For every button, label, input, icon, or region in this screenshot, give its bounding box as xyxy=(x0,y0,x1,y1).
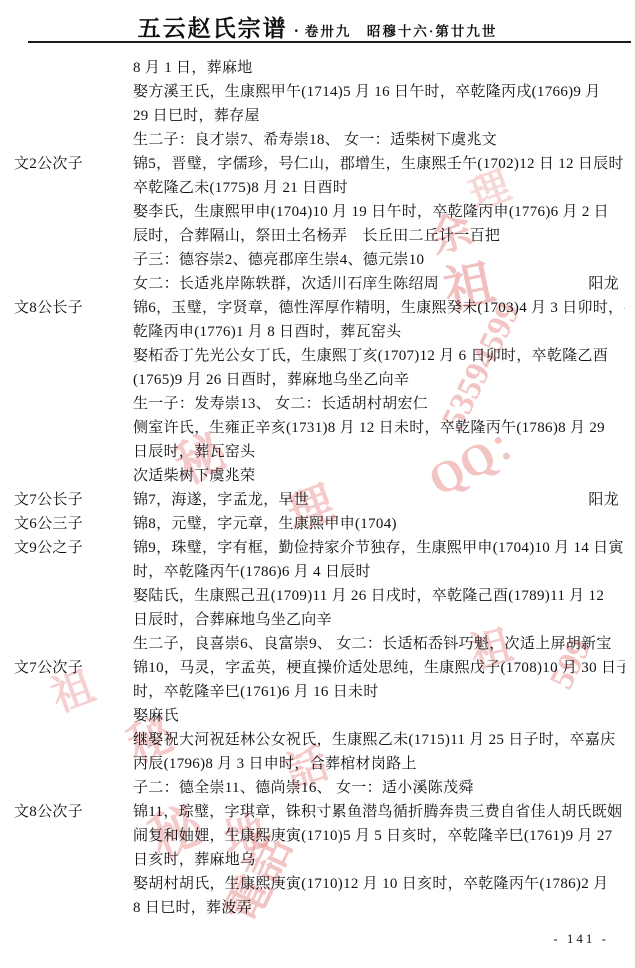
genealogy-line: 娶柘岙丁先光公女丁氏，生康熙丁亥(1707)12 月 6 日卯时，卒乾隆乙酉 xyxy=(0,344,635,368)
entry-text: 锦5，晋璧，字儒珍，号仁山，郡增生，生康熙壬午(1702)12 日 12 日辰时… xyxy=(133,152,625,176)
genealogy-line: 8 日巳时，葬波弄 xyxy=(0,896,635,920)
page-number: - 141 - xyxy=(553,931,609,947)
genealogy-line: 文2公次子 锦5，晋璧，字儒珍，号仁山，郡增生，生康熙壬午(1702)12 日 … xyxy=(0,152,635,176)
entry-text: 次适柴树下虞兆荣 xyxy=(133,464,625,488)
entry-text: 娶陆氏，生康熙己丑(1709)11 月 26 日戌时，卒乾隆己酉(1789)11… xyxy=(133,584,625,608)
entry-text: 娶李氏，生康熙甲申(1704)10 月 19 日午时，卒乾隆丙申(1776)6 … xyxy=(133,200,625,224)
entry-text: 锦8，元璧，字元章，生康熙甲申(1704) xyxy=(133,512,625,536)
genealogy-line: 丙辰(1796)8 月 3 日申时，合葬棺材岗路上 xyxy=(0,752,635,776)
generation-label: 文7公长子 xyxy=(14,488,83,512)
entry-text: 卒乾隆乙未(1775)8 月 21 日酉时 xyxy=(133,176,625,200)
genealogy-line: 生一子：发寿崇13、 女二：长适胡村胡宏仁 xyxy=(0,392,635,416)
generation-label: 文6公三子 xyxy=(14,512,83,536)
genealogy-line: 文8公次子 锦11，琮璧，字琪章，铢积寸累鱼潜鸟循折腾奔贵三费自省佳人胡氏既姻 xyxy=(0,800,635,824)
genealogy-line: (1765)9 月 26 日酉时，葬麻地乌坐乙向辛 xyxy=(0,368,635,392)
title-separator: · xyxy=(294,23,299,41)
genealogy-line: 乾隆丙申(1776)1 月 8 日酉时，葬瓦窑头 xyxy=(0,320,635,344)
entry-text: 子二：德全崇11、德尚崇16、 女一：适小溪陈茂舜 xyxy=(133,776,625,800)
genealogy-line: 时，卒乾隆辛巳(1761)6 月 16 日未时 xyxy=(0,680,635,704)
genealogy-line: 生二子：良才崇7、希寿崇18、 女一：适柴树下虞兆文 xyxy=(0,128,635,152)
genealogy-line: 娶陆氏，生康熙己丑(1709)11 月 26 日戌时，卒乾隆己酉(1789)11… xyxy=(0,584,635,608)
header-rule xyxy=(28,41,631,43)
entry-text: 日辰时，合葬麻地乌坐乙向辛 xyxy=(133,608,625,632)
genealogy-line: 文8公长子 锦6，玉璧，字贤章，德性浑厚作精明，生康熙癸未(1703)4 月 3… xyxy=(0,296,635,320)
entry-text: 时，卒乾隆辛巳(1761)6 月 16 日未时 xyxy=(133,680,625,704)
entry-text: 女二：长适兆岸陈轶群，次适川石庠生陈绍周 xyxy=(133,272,625,296)
genealogy-line: 8 月 1 日，葬麻地 xyxy=(0,56,635,80)
generation-label: 文9公之子 xyxy=(14,536,83,560)
entry-text: 生二子，良喜崇6、良富崇9、 女二：长适柘岙钭巧魁，次适上屏胡新宝 xyxy=(133,632,625,656)
genealogy-line: 卒乾隆乙未(1775)8 月 21 日酉时 xyxy=(0,176,635,200)
entry-text: 锦10，马灵，字孟英，梗直操价适处思纯，生康熙戊子(1708)10 月 30 日… xyxy=(133,656,625,680)
genealogy-line: 娶方溪王氏，生康熙甲午(1714)5 月 16 日午时，卒乾隆丙戌(1766)9… xyxy=(0,80,635,104)
generation-label: 文8公长子 xyxy=(14,296,83,320)
genealogy-line: 日辰时，合葬麻地乌坐乙向辛 xyxy=(0,608,635,632)
genealogy-line: 子二：德全崇11、德尚崇16、 女一：适小溪陈茂舜 xyxy=(0,776,635,800)
genealogy-line: 次适柴树下虞兆荣 xyxy=(0,464,635,488)
entry-text: 娶柘岙丁先光公女丁氏，生康熙丁亥(1707)12 月 6 日卯时，卒乾隆乙酉 xyxy=(133,344,625,368)
genealogy-line: 女二：长适兆岸陈轶群，次适川石庠生陈绍周 阳龙 xyxy=(0,272,635,296)
entry-text: 继娶祝大河祝廷林公女祝氏，生康熙乙未(1715)11 月 25 日子时，卒嘉庆 xyxy=(133,728,625,752)
entry-text: 8 日巳时，葬波弄 xyxy=(133,896,625,920)
genealogy-line: 生二子，良喜崇6、良富崇9、 女二：长适柘岙钭巧魁，次适上屏胡新宝 xyxy=(0,632,635,656)
entry-text: 闹复和妯娌，生康熙庚寅(1710)5 月 5 日亥时，卒乾隆辛巳(1761)9 … xyxy=(133,824,625,848)
entry-text: 乾隆丙申(1776)1 月 8 日酉时，葬瓦窑头 xyxy=(133,320,625,344)
entry-text: 子三：德容崇2、德亮郡庠生崇4、德元崇10 xyxy=(133,248,625,272)
genealogy-line: 29 日巳时，葬存屋 xyxy=(0,104,635,128)
entry-text: 时，卒乾隆丙午(1786)6 月 4 日辰时 xyxy=(133,560,625,584)
entry-text: 锦9，珠璧，字有框，勤俭持家介节独存，生康熙甲申(1704)10 月 14 日寅 xyxy=(133,536,625,560)
genealogy-page: 五云赵氏宗谱 · 卷卅九 昭穆十六·第廿九世 理余祖53594599QQ：秘理祖… xyxy=(0,0,635,968)
genealogy-line: 日辰时，葬瓦窑头 xyxy=(0,440,635,464)
generation-label: 文7公次子 xyxy=(14,656,83,680)
genealogy-line: 辰时，合葬隔山，祭田土名杨弄 长丘田二丘计一百把 xyxy=(0,224,635,248)
book-title: 五云赵氏宗谱 xyxy=(138,10,288,43)
entry-text: 锦6，玉璧，字贤章，德性浑厚作精明，生康熙癸未(1703)4 月 3 日卯时，卒 xyxy=(133,296,625,320)
entry-text: 生一子：发寿崇13、 女二：长适胡村胡宏仁 xyxy=(133,392,625,416)
genealogy-line: 日亥时，葬麻地乌 xyxy=(0,848,635,872)
generation-label: 文2公次子 xyxy=(14,152,83,176)
entry-text: 29 日巳时，葬存屋 xyxy=(133,104,625,128)
genealogy-line: 闹复和妯娌，生康熙庚寅(1710)5 月 5 日亥时，卒乾隆辛巳(1761)9 … xyxy=(0,824,635,848)
genealogy-line: 子三：德容崇2、德亮郡庠生崇4、德元崇10 xyxy=(0,248,635,272)
genealogy-line: 娶胡村胡氏，生康熙庚寅(1710)12 月 10 日亥时，卒乾隆丙午(1786)… xyxy=(0,872,635,896)
genealogy-line: 文7公次子 锦10，马灵，字孟英，梗直操价适处思纯，生康熙戊子(1708)10 … xyxy=(0,656,635,680)
genealogy-line: 继娶祝大河祝廷林公女祝氏，生康熙乙未(1715)11 月 25 日子时，卒嘉庆 xyxy=(0,728,635,752)
volume-subtitle: 卷卅九 昭穆十六·第廿九世 xyxy=(305,20,498,40)
entry-text: 辰时，合葬隔山，祭田土名杨弄 长丘田二丘计一百把 xyxy=(133,224,625,248)
generation-label: 文8公次子 xyxy=(14,800,83,824)
entry-text: 娶胡村胡氏，生康熙庚寅(1710)12 月 10 日亥时，卒乾隆丙午(1786)… xyxy=(133,872,625,896)
entry-text: 娶方溪王氏，生康熙甲午(1714)5 月 16 日午时，卒乾隆丙戌(1766)9… xyxy=(133,80,625,104)
entry-text: 锦7，海遂，字孟龙，早世 xyxy=(133,488,625,512)
side-annotation: 阳龙 xyxy=(588,488,619,512)
entry-text: 锦11，琮璧，字琪章，铢积寸累鱼潜鸟循折腾奔贵三费自省佳人胡氏既姻 xyxy=(133,800,625,824)
entry-text: 侧室许氏，生雍正辛亥(1731)8 月 12 日未时，卒乾隆丙午(1786)8 … xyxy=(133,416,625,440)
genealogy-line: 娶李氏，生康熙甲申(1704)10 月 19 日午时，卒乾隆丙申(1776)6 … xyxy=(0,200,635,224)
genealogy-line: 时，卒乾隆丙午(1786)6 月 4 日辰时 xyxy=(0,560,635,584)
entry-text: 日亥时，葬麻地乌 xyxy=(133,848,625,872)
genealogy-line: 侧室许氏，生雍正辛亥(1731)8 月 12 日未时，卒乾隆丙午(1786)8 … xyxy=(0,416,635,440)
entry-text: (1765)9 月 26 日酉时，葬麻地乌坐乙向辛 xyxy=(133,368,625,392)
entry-text: 日辰时，葬瓦窑头 xyxy=(133,440,625,464)
genealogy-line: 文6公三子 锦8，元璧，字元章，生康熙甲申(1704) xyxy=(0,512,635,536)
genealogy-line: 文7公长子 锦7，海遂，字孟龙，早世 阳龙 xyxy=(0,488,635,512)
genealogy-line: 文9公之子 锦9，珠璧，字有框，勤俭持家介节独存，生康熙甲申(1704)10 月… xyxy=(0,536,635,560)
entry-text: 丙辰(1796)8 月 3 日申时，合葬棺材岗路上 xyxy=(133,752,625,776)
entry-lines: 8 月 1 日，葬麻地 娶方溪王氏，生康熙甲午(1714)5 月 16 日午时，… xyxy=(0,56,635,920)
genealogy-line: 娶麻氏 xyxy=(0,704,635,728)
entry-text: 8 月 1 日，葬麻地 xyxy=(133,56,625,80)
entry-text: 生二子：良才崇7、希寿崇18、 女一：适柴树下虞兆文 xyxy=(133,128,625,152)
page-header: 五云赵氏宗谱 · 卷卅九 昭穆十六·第廿九世 xyxy=(0,10,635,43)
entry-text: 娶麻氏 xyxy=(133,704,625,728)
side-annotation: 阳龙 xyxy=(588,272,619,296)
